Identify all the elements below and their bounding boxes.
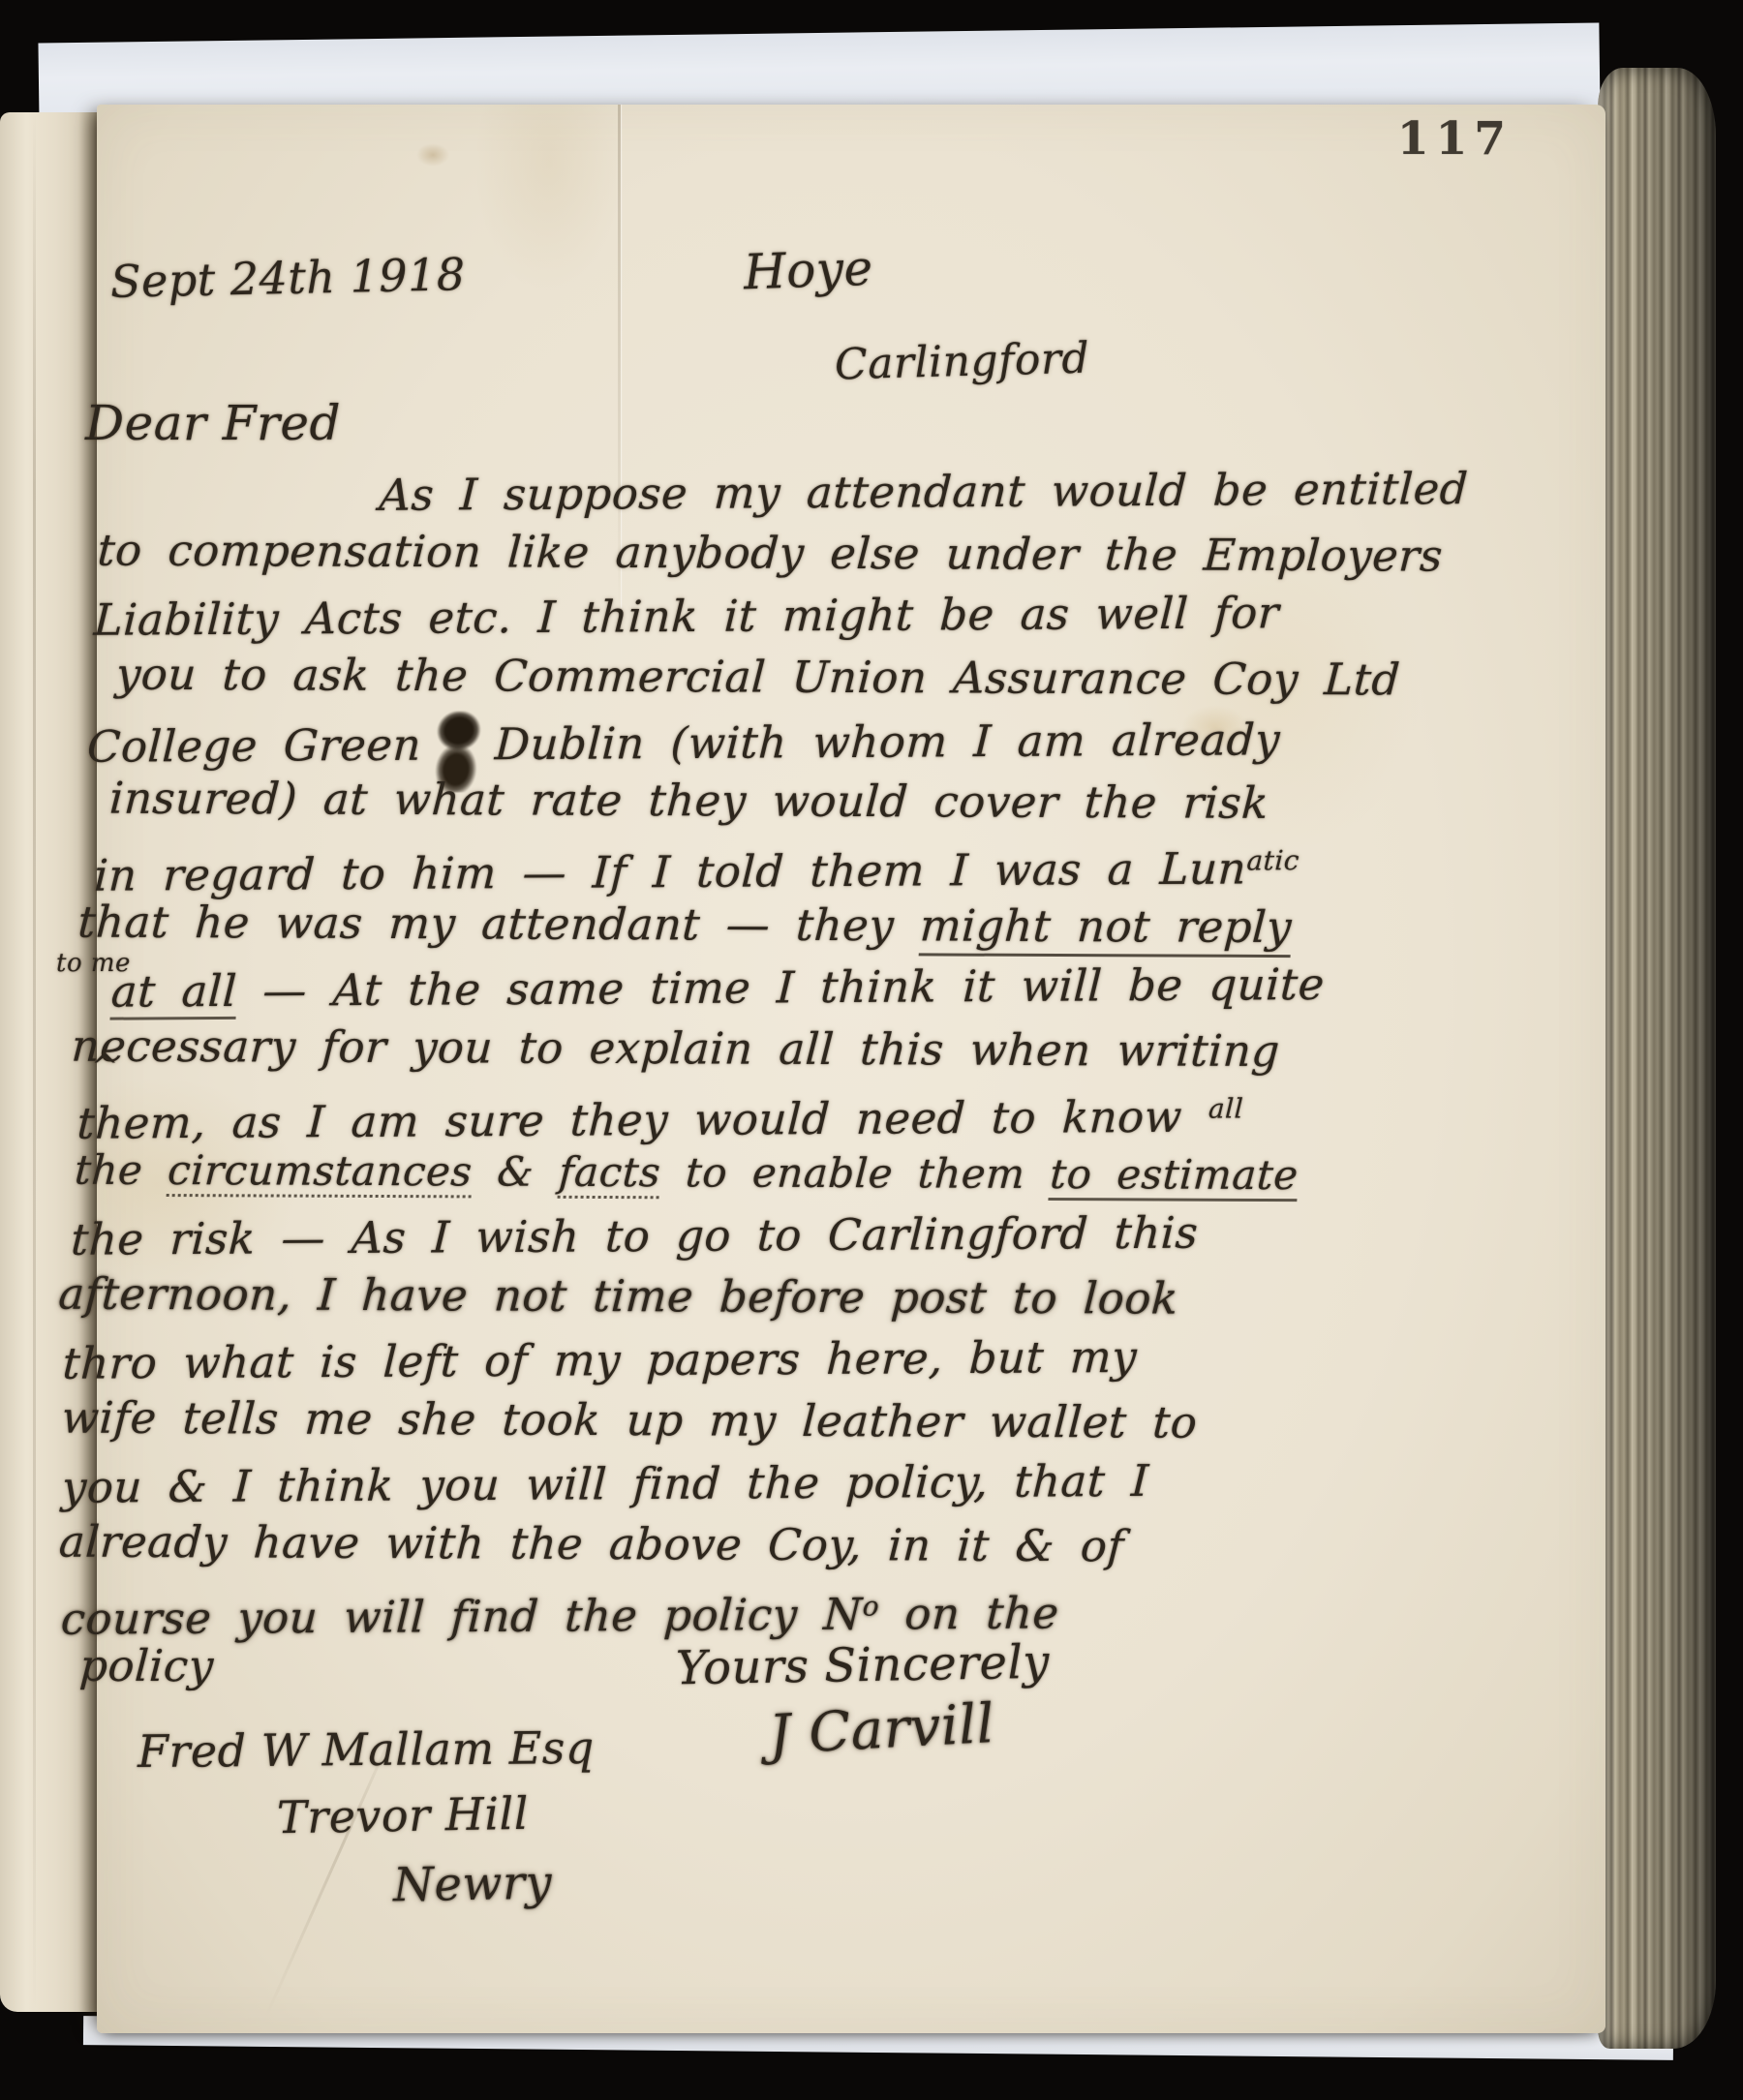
letter-line: in regard to him — If I told them I was … (93, 828, 1593, 898)
letter-line: thro what is left of my papers here, but… (61, 1324, 1567, 1394)
letter-line: already have with the above Coy, in it &… (57, 1511, 1557, 1580)
letter-text-segment: circumstances (167, 1146, 474, 1198)
letter-text-segment: to estimate (1049, 1150, 1300, 1202)
letter-line: afternoon, I have not time before post t… (57, 1263, 1571, 1332)
letter-line: College GreenDublin (with whom I am alre… (86, 704, 1600, 776)
page-number: 117 (1397, 112, 1513, 166)
letter-place-house: Hoye (743, 240, 873, 301)
letter-text-segment: & (471, 1147, 560, 1195)
letter-text-segment: that he was my attendant — they (76, 897, 921, 952)
letter-date: Sept 24th 1918 (109, 248, 466, 308)
letter-line: necessary for you to explain all this wh… (70, 1016, 1583, 1084)
letter-text-segment: to enable them (659, 1148, 1052, 1198)
letter-text-segment: College Green (86, 719, 422, 773)
letter-place-town: Carlingford (834, 334, 1089, 390)
letter-text-segment: you to ask the Commercial Union Assuranc… (115, 649, 1402, 706)
letter-text-segment: atic (1246, 844, 1300, 876)
letter-line: course you will find the policy No on th… (60, 1571, 1554, 1642)
letter-text-segment: facts (558, 1148, 662, 1199)
letter-text-segment: on the (877, 1587, 1059, 1639)
letter-signature: J Carvill (767, 1692, 995, 1767)
letter-text-segment: you & I think you will find the policy, … (61, 1455, 1150, 1513)
letter-line: at all — At the same time I think it wil… (109, 952, 1586, 1022)
letter-text-segment: thro what is left of my papers here, but… (61, 1331, 1138, 1389)
letter-text-segment: As I suppose my attendant would be entit… (378, 463, 1469, 521)
letter-text-segment: afternoon, I have not time before post t… (57, 1268, 1179, 1324)
letter-line: wife tells me she took up my leather wal… (60, 1387, 1564, 1456)
book-fore-edge-pages (1598, 68, 1716, 2049)
letter-text-segment: insured) at what rate they would cover t… (108, 773, 1270, 829)
letter-text-segment: to compensation like anybody else under … (96, 525, 1444, 582)
letter-salutation: Dear Fred (85, 395, 341, 451)
recipient-name: Fred W Mallam Esq (138, 1721, 595, 1778)
letter-text-segment: — At the same time I think it will be qu… (235, 959, 1326, 1017)
letter-text-segment: Liability Acts etc. I think it might be … (93, 587, 1281, 645)
letter-line: them, as I am sure they would need to kn… (76, 1076, 1580, 1146)
letter-line: the risk — As I wish to go to Carlingfor… (70, 1200, 1574, 1270)
letter-text-segment: policy (78, 1640, 215, 1692)
letter-text-segment: the risk — As I wish to go to Carlingfor… (70, 1207, 1199, 1265)
letter-line: to compensation like anybody else under … (96, 520, 1609, 589)
paper-stain (416, 143, 449, 167)
letter-page: 117 Sept 24th 1918 Hoye Carlingford Dear… (97, 105, 1605, 2033)
letter-text-segment: might not reply (918, 899, 1293, 958)
letter-closing: Yours Sincerely (676, 1635, 1051, 1696)
recipient-street: Trevor Hill (277, 1787, 530, 1844)
recipient-town: Newry (393, 1856, 553, 1913)
letter-text-segment: Dublin (with whom I am already (494, 714, 1281, 770)
letter-text-segment: o (862, 1591, 880, 1623)
letter-text-segment: all (1208, 1092, 1244, 1124)
letter-text-segment: necessary for you to explain all this wh… (70, 1020, 1281, 1077)
letter-text-segment: wife tells me she took up my leather wal… (60, 1392, 1199, 1448)
letter-line: that he was my attendant — they might no… (76, 892, 1590, 960)
letter-line: insured) at what rate they would cover t… (107, 768, 1596, 837)
letter-line: As I suppose my attendant would be entit… (378, 457, 1612, 527)
letter-line: Liability Acts etc. I think it might be … (92, 580, 1605, 652)
margin-note: to me (56, 949, 131, 978)
insertion-caret: ^ (91, 1048, 119, 1086)
letter-body: As I suppose my attendant would be entit… (37, 461, 1612, 1700)
letter-line: you to ask the Commercial Union Assuranc… (114, 644, 1603, 713)
letter-text-segment: already have with the above Coy, in it &… (58, 1516, 1126, 1572)
letter-line: the circumstances & facts to enable them… (73, 1140, 1576, 1208)
letter-line: you & I think you will find the policy, … (60, 1447, 1560, 1518)
photo-of-letterbook-page: { "page": { "number": "117", "paper_colo… (0, 0, 1743, 2100)
letter-text-segment: the (74, 1146, 169, 1194)
